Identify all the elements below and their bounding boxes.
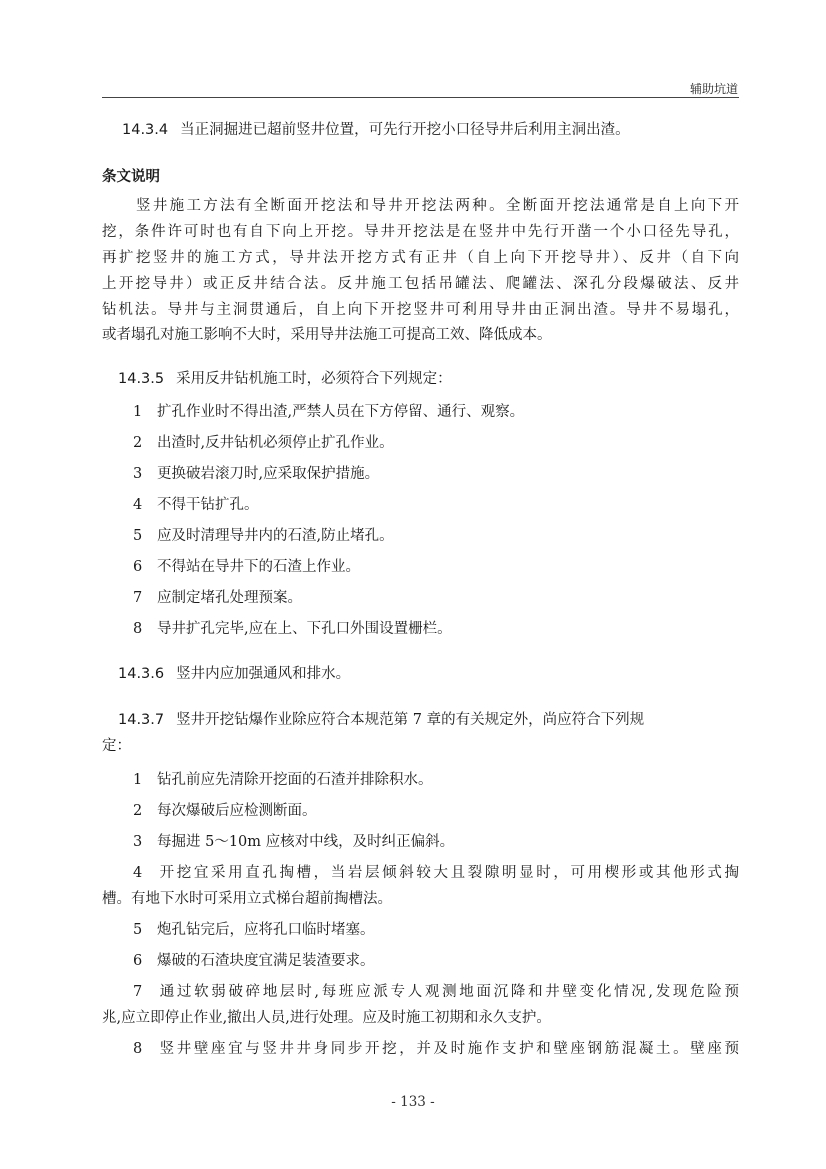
explanation-line: 挖，条件许可时也有自下向上开挖。导井开挖法是在竖井中先行开凿一个小口径先导孔，: [102, 222, 739, 242]
item-number: 8: [133, 619, 157, 639]
clause-number: 14.3.7: [118, 712, 164, 728]
item-text-continued: 槽。有地下水时可采用立式梯台超前掏槽法。: [102, 889, 392, 909]
item-text: 炮孔钻完后，应将孔口临时堵塞。: [157, 922, 375, 938]
explanation-line: 竖井施工方法有全断面开挖法和导井开挖法两种。全断面开挖法通常是自上向下开: [136, 196, 739, 216]
explanation-line: 或者塌孔对施工影响不大时，采用导井法施工可提高工效、降低成本。: [102, 325, 552, 345]
list-item: 3更换破岩滚刀时,应采取保护措施。: [133, 464, 379, 484]
list-item: 5炮孔钻完后，应将孔口临时堵塞。: [133, 920, 375, 940]
item-text: 应制定堵孔处理预案。: [157, 590, 302, 606]
item-number: 7: [133, 588, 157, 608]
item-text: 不得干钻扩孔。: [157, 497, 259, 513]
list-item: 8竖井壁座宜与竖井井身同步开挖，并及时施作支护和壁座钢筋混凝土。壁座预: [133, 1039, 739, 1059]
page-number: - 133 -: [0, 1094, 826, 1110]
clause-14-3-6: 14.3.6竖井内应加强通风和排水。: [118, 664, 350, 684]
explanation-line: 再扩挖竖井的施工方式，导井法开挖方式有正井（自上向下开挖导井）、反井（自下向: [102, 248, 739, 268]
list-item: 6爆破的石渣块度宜满足装渣要求。: [133, 951, 375, 971]
item-number: 2: [133, 801, 157, 821]
list-item: 2每次爆破后应检测断面。: [133, 801, 317, 821]
clause-text: 采用反井钻机施工时，必须符合下列规定：: [176, 371, 452, 387]
list-item: 8导井扩孔完毕,应在上、下孔口外围设置栅栏。: [133, 619, 452, 639]
item-number: 6: [133, 951, 157, 971]
item-text: 爆破的石渣块度宜满足装渣要求。: [157, 953, 375, 969]
clause-text: 竖井开挖钻爆作业除应符合本规范第 7 章的有关规定外，尚应符合下列规: [176, 712, 644, 728]
clause-text: 当正洞掘进已超前竖井位置，可先行开挖小口径导井后利用主洞出渣。: [180, 122, 630, 138]
clause-text-continued: 定：: [102, 736, 131, 756]
list-item: 3每掘进 5～10m 应核对中线，及时纠正偏斜。: [133, 832, 454, 852]
item-text: 导井扩孔完毕,应在上、下孔口外围设置栅栏。: [157, 621, 452, 637]
item-text: 通过软弱破碎地层时,每班应派专人观测地面沉降和井壁变化情况,发现危险预: [157, 984, 739, 1000]
item-text: 竖井壁座宜与竖井井身同步开挖，并及时施作支护和壁座钢筋混凝土。壁座预: [157, 1041, 739, 1057]
clause-number: 14.3.4: [122, 122, 168, 138]
item-text: 每掘进 5～10m 应核对中线，及时纠正偏斜。: [157, 834, 454, 850]
clause-14-3-5: 14.3.5采用反井钻机施工时，必须符合下列规定：: [118, 369, 452, 389]
list-item: 4开挖宜采用直孔掏槽，当岩层倾斜较大且裂隙明显时，可用楔形或其他形式掏: [133, 863, 739, 883]
item-text: 不得站在导井下的石渣上作业。: [157, 559, 360, 575]
item-number: 4: [133, 495, 157, 515]
clause-14-3-4: 14.3.4当正洞掘进已超前竖井位置，可先行开挖小口径导井后利用主洞出渣。: [122, 120, 630, 140]
list-item: 5应及时清理导井内的石渣,防止堵孔。: [133, 526, 394, 546]
item-number: 6: [133, 557, 157, 577]
explanation-heading: 条文说明: [102, 167, 160, 187]
item-number: 2: [133, 433, 157, 453]
item-number: 3: [133, 464, 157, 484]
clause-text: 竖井内应加强通风和排水。: [176, 666, 350, 682]
list-item: 2出渣时,反井钻机必须停止扩孔作业。: [133, 433, 394, 453]
explanation-line: 钻机法。导井与主洞贯通后，自上向下开挖竖井可利用导井由正洞出渣。导井不易塌孔，: [102, 300, 739, 320]
list-item: 7应制定堵孔处理预案。: [133, 588, 302, 608]
item-number: 5: [133, 526, 157, 546]
item-text: 开挖宜采用直孔掏槽，当岩层倾斜较大且裂隙明显时，可用楔形或其他形式掏: [157, 865, 739, 881]
clause-number: 14.3.5: [118, 371, 164, 387]
list-item: 6不得站在导井下的石渣上作业。: [133, 557, 360, 577]
item-number: 5: [133, 920, 157, 940]
item-number: 4: [133, 863, 157, 883]
running-header-title: 辅助坑道: [690, 80, 738, 97]
item-number: 7: [133, 982, 157, 1002]
clause-14-3-7: 14.3.7竖井开挖钻爆作业除应符合本规范第 7 章的有关规定外，尚应符合下列规: [118, 710, 644, 730]
item-text: 更换破岩滚刀时,应采取保护措施。: [157, 466, 379, 482]
clause-number: 14.3.6: [118, 666, 164, 682]
explanation-line: 上开挖导井）或正反井结合法。反井施工包括吊罐法、爬罐法、深孔分段爆破法、反井: [102, 274, 739, 294]
item-number: 3: [133, 832, 157, 852]
header-rule: [102, 97, 739, 98]
item-text: 每次爆破后应检测断面。: [157, 803, 317, 819]
item-text: 扩孔作业时不得出渣,严禁人员在下方停留、通行、观察。: [157, 404, 524, 420]
item-number: 1: [133, 770, 157, 790]
list-item: 7通过软弱破碎地层时,每班应派专人观测地面沉降和井壁变化情况,发现危险预: [133, 982, 739, 1002]
item-text: 钻孔前应先清除开挖面的石渣并排除积水。: [157, 772, 433, 788]
list-item: 1扩孔作业时不得出渣,严禁人员在下方停留、通行、观察。: [133, 402, 524, 422]
item-number: 8: [133, 1039, 157, 1059]
item-text: 出渣时,反井钻机必须停止扩孔作业。: [157, 435, 394, 451]
item-text: 应及时清理导井内的石渣,防止堵孔。: [157, 528, 394, 544]
list-item: 4不得干钻扩孔。: [133, 495, 259, 515]
item-number: 1: [133, 402, 157, 422]
list-item: 1钻孔前应先清除开挖面的石渣并排除积水。: [133, 770, 433, 790]
item-text-continued: 兆,应立即停止作业,撤出人员,进行处理。应及时施工初期和永久支护。: [102, 1008, 551, 1028]
